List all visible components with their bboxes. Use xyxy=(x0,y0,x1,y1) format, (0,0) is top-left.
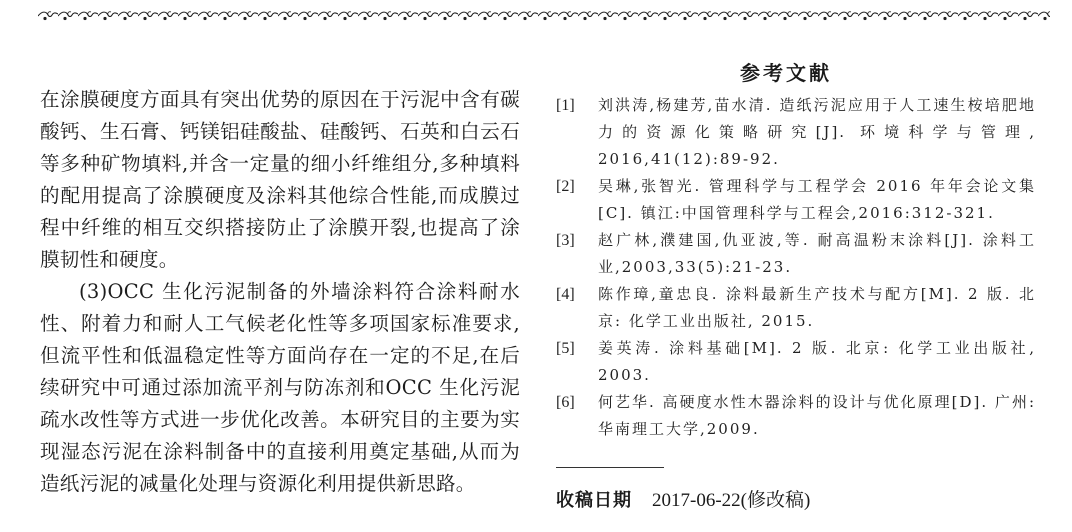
received-date-label: 收稿日期 xyxy=(556,488,632,514)
vine-ornament-icon xyxy=(38,10,1050,22)
reference-list: [1] 刘洪涛,杨建芳,苗水清. 造纸污泥应用于人工速生桉培肥地力的资源化策略研… xyxy=(556,92,1036,443)
footnote-divider xyxy=(556,467,664,468)
reference-item: [3] 赵广林,濮建国,仇亚波,等. 耐高温粉末涂料[J]. 涂料工业,2003… xyxy=(556,227,1036,281)
body-paragraph-conclusion-3: (3)OCC 生化污泥制备的外墙涂料符合涂料耐水性、附着力和耐人工气候老化性等多… xyxy=(40,276,520,500)
reference-item: [6] 何艺华. 高硬度水性木器涂料的设计与优化原理[D]. 广州:华南理工大学… xyxy=(556,389,1036,443)
reference-item: [4] 陈作璋,童忠良. 涂料最新生产技术与配方[M]. 2 版. 北京: 化学… xyxy=(556,281,1036,335)
reference-text: 赵广林,濮建国,仇亚波,等. 耐高温粉末涂料[J]. 涂料工业,2003,33(… xyxy=(598,227,1036,281)
reference-item: [2] 吴琳,张智光. 管理科学与工程学会 2016 年年会论文集[C]. 镇江… xyxy=(556,173,1036,227)
reference-number: [4] xyxy=(556,281,598,335)
reference-number: [3] xyxy=(556,227,598,281)
reference-number: [2] xyxy=(556,173,598,227)
body-text-column: 在涂膜硬度方面具有突出优势的原因在于污泥中含有碳酸钙、生石膏、钙镁铝硅酸盐、硅酸… xyxy=(40,84,520,500)
references-column: 参考文献 [1] 刘洪涛,杨建芳,苗水清. 造纸污泥应用于人工速生桉培肥地力的资… xyxy=(556,56,1036,514)
reference-text: 姜英涛. 涂料基础[M]. 2 版. 北京: 化学工业出版社, 2003. xyxy=(598,335,1036,389)
received-date-value: 2017-06-22(修改稿) xyxy=(652,488,810,514)
reference-text: 陈作璋,童忠良. 涂料最新生产技术与配方[M]. 2 版. 北京: 化学工业出版… xyxy=(598,281,1036,335)
reference-number: [5] xyxy=(556,335,598,389)
reference-number: [1] xyxy=(556,92,598,173)
reference-item: [5] 姜英涛. 涂料基础[M]. 2 版. 北京: 化学工业出版社, 2003… xyxy=(556,335,1036,389)
body-paragraph-conclusion-2: 在涂膜硬度方面具有突出优势的原因在于污泥中含有碳酸钙、生石膏、钙镁铝硅酸盐、硅酸… xyxy=(40,84,520,276)
reference-number: [6] xyxy=(556,389,598,443)
reference-text: 吴琳,张智光. 管理科学与工程学会 2016 年年会论文集[C]. 镇江:中国管… xyxy=(598,173,1036,227)
reference-item: [1] 刘洪涛,杨建芳,苗水清. 造纸污泥应用于人工速生桉培肥地力的资源化策略研… xyxy=(556,92,1036,173)
references-heading: 参考文献 xyxy=(536,56,1036,90)
reference-text: 何艺华. 高硬度水性木器涂料的设计与优化原理[D]. 广州:华南理工大学,200… xyxy=(598,389,1036,443)
reference-text: 刘洪涛,杨建芳,苗水清. 造纸污泥应用于人工速生桉培肥地力的资源化策略研究[J]… xyxy=(598,92,1036,173)
decorative-vine-border xyxy=(38,10,1050,22)
received-date-footnote: 收稿日期 2017-06-22(修改稿) xyxy=(556,488,1036,514)
